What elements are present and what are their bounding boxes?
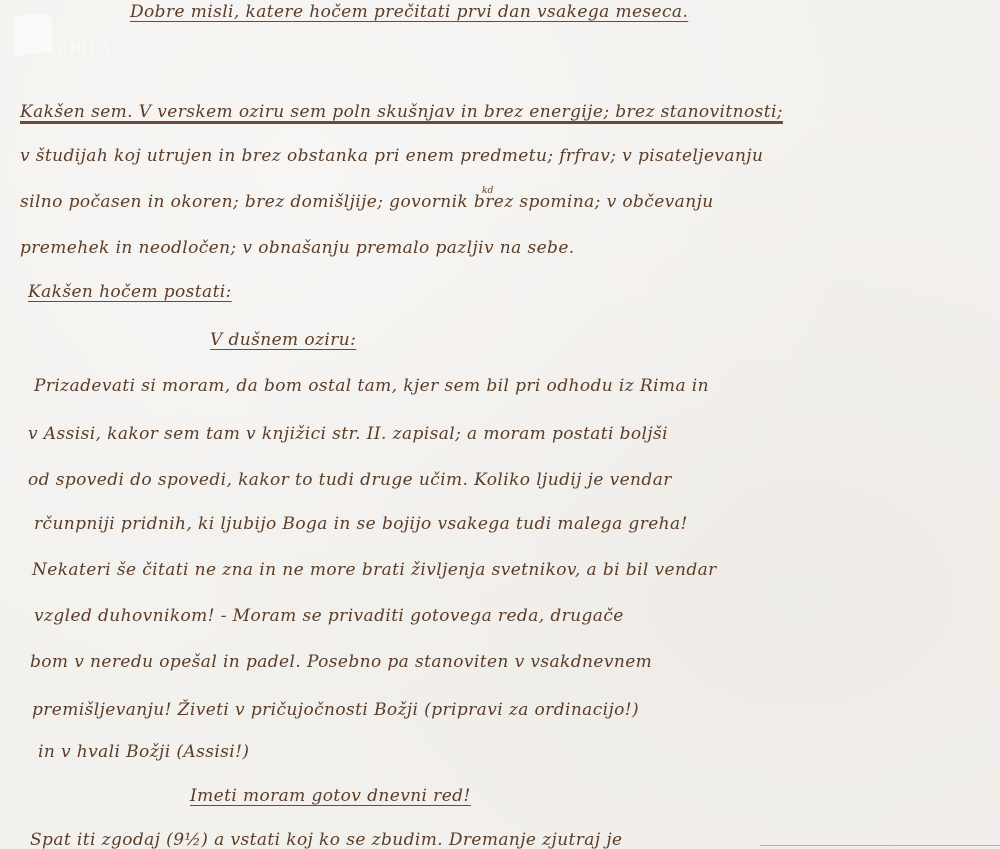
- heading-kaksen-hocem-postati: Kakšen hočem postati:: [28, 282, 232, 302]
- document-title: Dobre misli, katere hočem prečitati prvi…: [130, 2, 688, 22]
- watermark-label: kamra: [44, 34, 111, 58]
- text-line-9: Nekateri še čitati ne zna in ne more bra…: [32, 560, 717, 580]
- text-line-3: silno počasen in okoren; brez domišljije…: [20, 192, 714, 212]
- text-line-1: Kakšen sem. V verskem oziru sem poln sku…: [20, 102, 783, 122]
- text-line-5: Prizadevati si moram, da bom ostal tam, …: [34, 376, 709, 396]
- text-line-10: vzgled duhovnikom! - Moram se privaditi …: [34, 606, 624, 626]
- text-line-14: Spat iti zgodaj (9½) a vstati koj ko se …: [30, 830, 622, 849]
- page-edge-divider: [760, 845, 1000, 846]
- heading-dnevni-red: Imeti moram gotov dnevni red!: [190, 786, 471, 806]
- text-line-7: od spovedi do spovedi, kakor to tudi dru…: [28, 470, 672, 490]
- heading-kaksen-sem: Kakšen sem. V verskem oziru sem poln sku…: [20, 102, 783, 122]
- text-line-11: bom v neredu opešal in padel. Posebno pa…: [30, 652, 652, 672]
- text-line-8: rčunpniji pridnih, ki ljubijo Boga in se…: [34, 514, 688, 534]
- text-line-13: in v hvali Božji (Assisi!): [38, 742, 249, 762]
- manuscript-page: kamra Dobre misli, katere hočem prečitat…: [0, 0, 1000, 849]
- text-line-2: v študijah koj utrujen in brez obstanka …: [20, 146, 763, 166]
- text-line-6: v Assisi, kakor sem tam v knjižici str. …: [28, 424, 668, 444]
- watermark: kamra: [10, 10, 120, 60]
- heading-v-dusnem-oziru: V dušnem oziru:: [210, 330, 356, 350]
- text-line-4: premehek in neodločen; v obnašanju prema…: [20, 238, 575, 258]
- text-line-12: premišljevanju! Živeti v pričujočnosti B…: [32, 700, 639, 720]
